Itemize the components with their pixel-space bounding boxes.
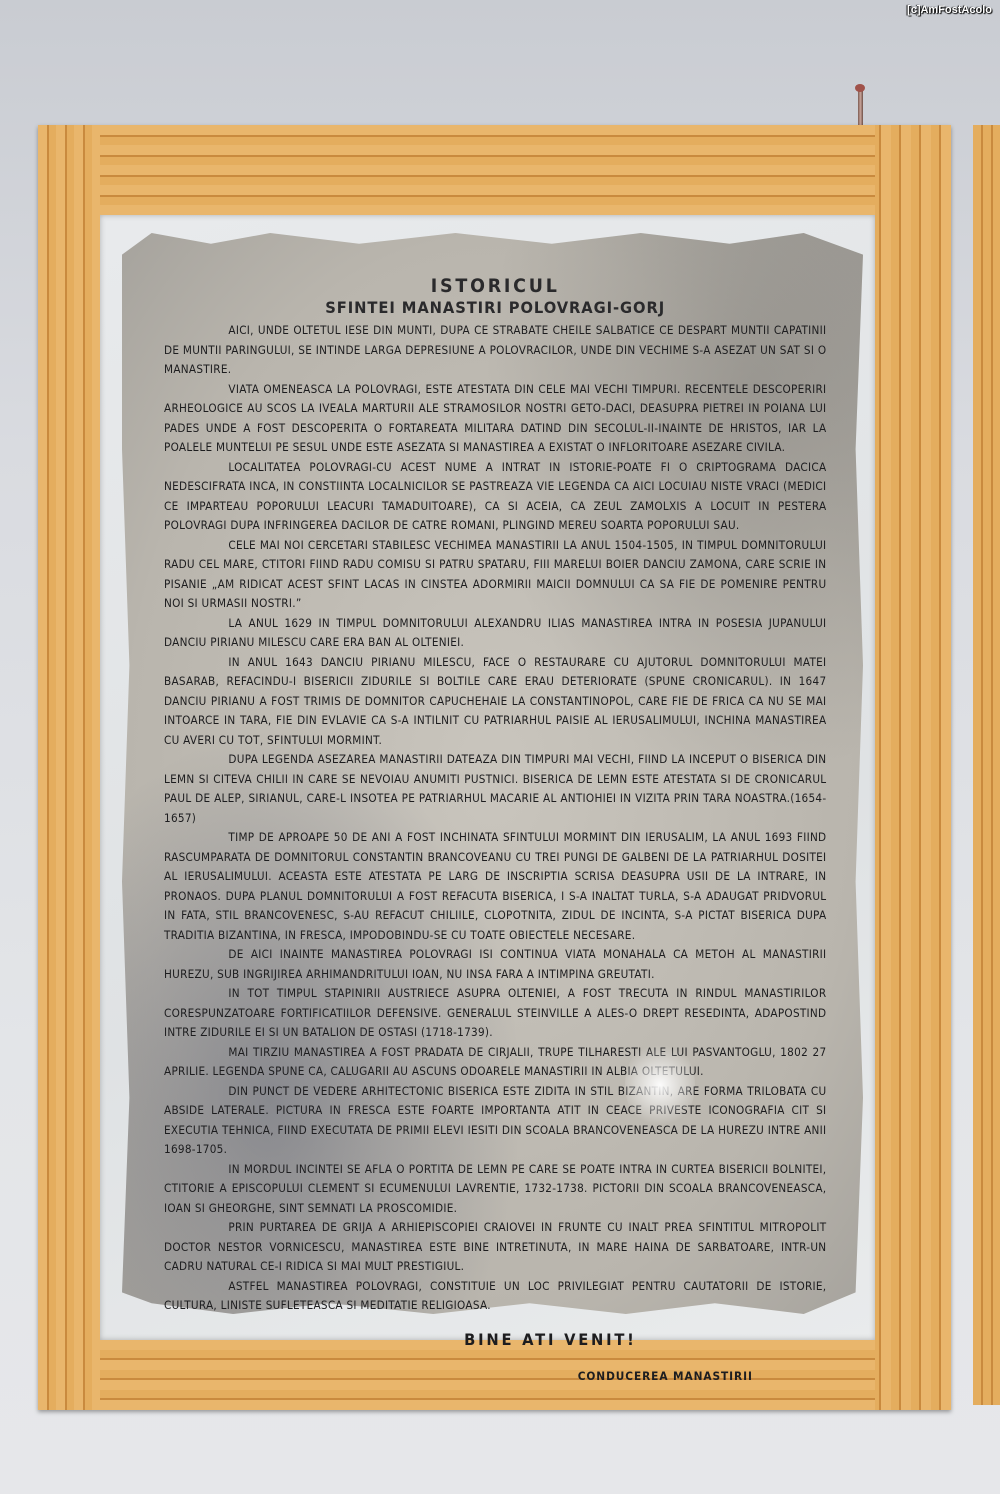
- document-paragraph: ASTFEL MANASTIREA POLOVRAGI, CONSTITUIE …: [164, 1277, 826, 1316]
- document-subtitle: SFINTEI MANASTIRI POLOVRAGI-GORJ: [164, 297, 826, 319]
- wall-nail-right: [858, 90, 863, 130]
- document-body: AICI, UNDE OLTETUL IESE DIN MUNTI, DUPA …: [164, 321, 826, 1316]
- adjacent-frame: [973, 125, 1000, 1405]
- document-paragraph: TIMP DE APROAPE 50 DE ANI A FOST INCHINA…: [164, 828, 826, 945]
- document-paragraph: IN MORDUL INCINTEI SE AFLA O PORTITA DE …: [164, 1160, 826, 1219]
- frame-left: [38, 125, 100, 1410]
- document-paragraph: VIATA OMENEASCA LA POLOVRAGI, ESTE ATEST…: [164, 380, 826, 458]
- watermark: [c]AmFostAcolo: [907, 4, 992, 16]
- document-paragraph: IN ANUL 1643 DANCIU PIRIANU MILESCU, FAC…: [164, 653, 826, 751]
- document-paragraph: DE AICI INAINTE MANASTIREA POLOVRAGI ISI…: [164, 945, 826, 984]
- document-paragraph: LOCALITATEA POLOVRAGI-CU ACEST NUME A IN…: [164, 458, 826, 536]
- welcome-message: BINE ATI VENIT!: [164, 1330, 826, 1350]
- document-paragraph: AICI, UNDE OLTETUL IESE DIN MUNTI, DUPA …: [164, 321, 826, 380]
- signature: CONDUCEREA MANASTIRII: [164, 1367, 826, 1387]
- document-paragraph: MAI TIRZIU MANASTIREA A FOST PRADATA DE …: [164, 1043, 826, 1082]
- wall-nail-right-head: [855, 84, 865, 92]
- document-paragraph: DUPA LEGENDA ASEZAREA MANASTIRII DATEAZA…: [164, 750, 826, 828]
- document-title: ISTORICUL: [164, 275, 826, 297]
- document-paragraph: LA ANUL 1629 IN TIMPUL DOMNITORULUI ALEX…: [164, 614, 826, 653]
- history-document: ISTORICUL SFINTEI MANASTIRI POLOVRAGI-GO…: [164, 275, 826, 1387]
- document-paragraph: PRIN PURTAREA DE GRIJA A ARHIEPISCOPIEI …: [164, 1218, 826, 1277]
- document-paragraph: IN TOT TIMPUL STAPINIRII AUSTRIECE ASUPR…: [164, 984, 826, 1043]
- document-paragraph: CELE MAI NOI CERCETARI STABILESC VECHIME…: [164, 536, 826, 614]
- frame-top: [38, 125, 951, 215]
- frame-right: [875, 125, 951, 1410]
- document-paragraph: DIN PUNCT DE VEDERE ARHITECTONIC BISERIC…: [164, 1082, 826, 1160]
- glass-glare: [625, 1040, 695, 1130]
